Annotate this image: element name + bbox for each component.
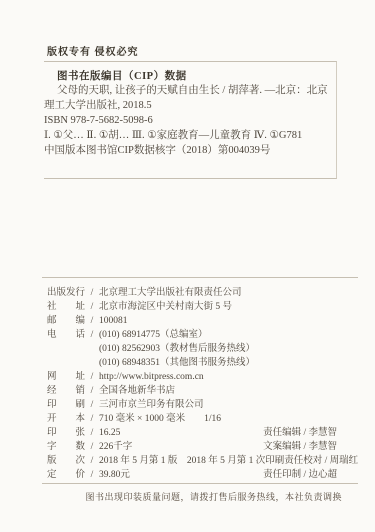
pub-value: 北京理工大学出版社有限责任公司 — [99, 286, 242, 300]
pub-value: 16.25 — [99, 426, 120, 440]
pub-row-phone-3: (010) 68948351（其他图书服务热线） — [47, 356, 358, 370]
pub-row-format: 开 本/710 毫米 × 1000 毫米 1/16 — [47, 412, 358, 426]
pub-label: 网 址 — [47, 370, 85, 384]
pub-separator: / — [85, 468, 99, 482]
pub-value: http://www.bitpress.com.cn — [99, 370, 204, 384]
pub-separator: / — [85, 454, 99, 468]
cip-description: 父母的天职, 让孩子的天赋自由生长 / 胡萍著. —北京：北京理工大学出版社, … — [44, 83, 332, 113]
pub-label: 电 话 — [47, 328, 85, 342]
staff-credit: 责任编辑 / 李慧智 — [263, 426, 358, 440]
pub-value: (010) 68948351（其他图书服务热线） — [99, 356, 255, 370]
pub-row-postcode: 邮 编/100081 — [47, 314, 358, 328]
pub-row-phone-2: (010) 82562903（教材售后服务热线） — [47, 342, 358, 356]
pub-label: 邮 编 — [47, 314, 85, 328]
book-copyright-page: 版权专有 侵权必究 图书在版编目（CIP）数据 父母的天职, 让孩子的天赋自由生… — [0, 0, 375, 532]
copyright-notice: 版权专有 侵权必究 — [47, 43, 139, 58]
pub-label: 开 本 — [47, 412, 85, 426]
pub-value: 39.80元 — [99, 468, 130, 482]
cip-isbn: ISBN 978-7-5682-5098-6 — [44, 113, 336, 128]
pub-value: (010) 82562903（教材售后服务热线） — [99, 342, 255, 356]
pub-row-edition: 版 次/2018 年 5 月第 1 版 2018 年 5 月第 1 次印刷责任校… — [47, 454, 358, 468]
pub-value: 全国各地新华书店 — [99, 384, 175, 398]
publication-info: 出版发行/北京理工大学出版社有限责任公司 社 址/北京市海淀区中关村南大街 5 … — [47, 286, 358, 482]
pub-separator: / — [85, 286, 99, 300]
pub-label: 印 张 — [47, 426, 85, 440]
staff-credit: 责任印制 / 边心超 — [263, 468, 358, 482]
pub-value: 北京市海淀区中关村南大街 5 号 — [99, 300, 232, 314]
divider-top — [42, 277, 358, 278]
pub-value: 226千字 — [99, 440, 132, 454]
pub-separator: / — [85, 370, 99, 384]
cip-box: 图书在版编目（CIP）数据 父母的天职, 让孩子的天赋自由生长 / 胡萍著. —… — [44, 61, 337, 179]
staff-credit: 责任校对 / 周瑞红 — [284, 454, 375, 468]
pub-row-printer: 印 刷/三河市京兰印务有限公司 — [47, 398, 358, 412]
cip-classification: Ⅰ. ①父… Ⅱ. ①胡… Ⅲ. ①家庭教育—儿童教育 Ⅳ. ①G781 — [44, 128, 336, 143]
pub-separator: / — [85, 426, 99, 440]
divider-bottom — [42, 483, 358, 484]
staff-credit: 文案编辑 / 李慧智 — [263, 440, 358, 454]
pub-separator: / — [85, 440, 99, 454]
pub-separator: / — [85, 314, 99, 328]
pub-separator: / — [85, 398, 99, 412]
quality-note: 图书出现印装质量问题，请拨打售后服务热线，本社负责调换 — [42, 490, 342, 503]
pub-row-price: 定 价/39.80元责任印制 / 边心超 — [47, 468, 358, 482]
pub-label: 版 次 — [47, 454, 85, 468]
pub-label: 印 刷 — [47, 398, 85, 412]
pub-label: 经 销 — [47, 384, 85, 398]
pub-row-sheets: 印 张/16.25责任编辑 / 李慧智 — [47, 426, 358, 440]
pub-label: 定 价 — [47, 468, 85, 482]
pub-label: 社 址 — [47, 300, 85, 314]
pub-value: 710 毫米 × 1000 毫米 1/16 — [99, 412, 221, 426]
pub-row-phone-1: 电 话/(010) 68914775（总编室） — [47, 328, 358, 342]
pub-separator: / — [85, 300, 99, 314]
pub-value: (010) 68914775（总编室） — [99, 328, 207, 342]
pub-separator: / — [85, 384, 99, 398]
pub-row-website: 网 址/http://www.bitpress.com.cn — [47, 370, 358, 384]
pub-label: 出版发行 — [47, 286, 85, 300]
pub-value: 100081 — [99, 314, 128, 328]
pub-value: 2018 年 5 月第 1 版 2018 年 5 月第 1 次印刷 — [99, 454, 284, 468]
pub-row-publisher: 出版发行/北京理工大学出版社有限责任公司 — [47, 286, 358, 300]
pub-label: 字 数 — [47, 440, 85, 454]
pub-separator: / — [85, 412, 99, 426]
cip-record-number: 中国版本图书馆CIP数据核字（2018）第004039号 — [44, 143, 336, 158]
pub-value: 三河市京兰印务有限公司 — [99, 398, 204, 412]
pub-separator: / — [85, 328, 99, 342]
pub-row-address: 社 址/北京市海淀区中关村南大街 5 号 — [47, 300, 358, 314]
cip-title: 图书在版编目（CIP）数据 — [57, 68, 336, 83]
pub-row-distribution: 经 销/全国各地新华书店 — [47, 384, 358, 398]
pub-row-wordcount: 字 数/226千字文案编辑 / 李慧智 — [47, 440, 358, 454]
